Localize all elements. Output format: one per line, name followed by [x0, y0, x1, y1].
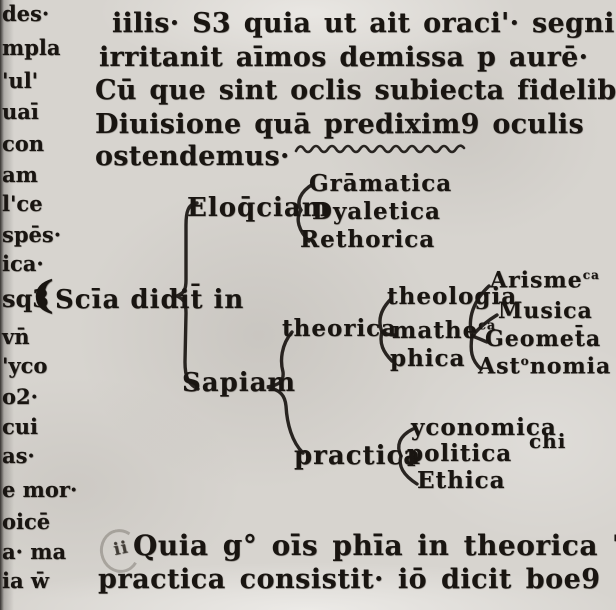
margin-fragment: des·: [2, 3, 49, 24]
body-text-line: practica consistit· iō dicit boe9: [98, 566, 601, 593]
margin-fragment: o2·: [2, 386, 38, 407]
margin-fragment: cui: [2, 416, 38, 437]
arismetica-abbrev: ca: [583, 268, 600, 282]
margin-fragment: uaī: [2, 101, 39, 122]
body-text-line: irritanit aīmos demissa p aurē·: [99, 44, 588, 71]
diagram-label-dyaletica: Dyaletica: [312, 200, 441, 223]
diagram-label-theorica: theorica: [282, 317, 397, 340]
diagram-label-ethica: Ethica: [417, 469, 506, 492]
diagram-label-arismetica: Arismeca: [490, 269, 600, 291]
margin-fragment: l'ce: [2, 193, 43, 214]
astronomia-rest: nomia: [530, 353, 612, 379]
line-filler-squiggle: [296, 146, 464, 152]
margin-fragment: oicē: [2, 511, 50, 532]
body-text-line: Cū que sint oclis subiecta fidelib3: [95, 77, 616, 104]
margin-fragment: as·: [2, 445, 35, 466]
margin-fragment: spēs·: [2, 224, 61, 245]
body-text-line: iilis· S3 quia ut ait oraci'· segni: [112, 10, 615, 37]
margin-fragment: 'yco: [2, 355, 47, 376]
margin-fragment: ica·: [2, 253, 44, 274]
decorated-initial: (: [31, 276, 56, 314]
diagram-root-label: Scīa didit̄ in: [55, 287, 244, 313]
body-text-line: Quia g° oīs phīa in theorica 7: [133, 532, 616, 560]
astronomia-base: Ast: [478, 353, 521, 379]
astronomia-abbrev: o: [521, 354, 530, 368]
margin-fragment: am: [2, 164, 38, 185]
diagram-label-astronomia: Astonomia: [478, 355, 611, 377]
margin-fragment: vn̄: [2, 326, 29, 347]
manuscript-page: des· mpla 'ul' uaī con am l'ce spēs· ica…: [0, 0, 616, 610]
diagram-label-musica: Musica: [498, 300, 593, 322]
margin-fragment: a· ma: [2, 541, 66, 562]
marginal-note: chi: [529, 431, 566, 451]
body-text-line: Diuisione quā predixim9 oculis: [95, 111, 584, 138]
margin-fragment: 'ul': [2, 70, 38, 91]
body-text-line: ostendemus·: [95, 143, 290, 170]
diagram-label-politica: politica: [407, 442, 512, 465]
paragraph-mark-ticks: ii: [112, 537, 131, 560]
diagram-label-mathematica: matheca: [392, 319, 496, 342]
diagram-label-rethorica: Rethorica: [300, 228, 435, 251]
diagram-label-sapientia: Sapiam: [182, 370, 296, 396]
diagram-label-geometria: Geomet̄a: [485, 328, 601, 350]
margin-fragment: e mor·: [2, 479, 77, 500]
diagram-label-gramatica: Grāmatica: [309, 172, 452, 195]
margin-fragment: mpla: [2, 37, 61, 58]
margin-fragment: con: [2, 133, 44, 154]
arismetica-base: Arisme: [490, 267, 583, 293]
margin-fragment: ia w̄: [2, 570, 49, 591]
diagram-label-phisica: phica: [390, 347, 465, 370]
mathematica-base: mathe: [392, 317, 478, 344]
diagram-label-eloquentia: Eloq̄ciam: [187, 195, 330, 221]
diagram-label-practica: practica: [294, 443, 421, 469]
